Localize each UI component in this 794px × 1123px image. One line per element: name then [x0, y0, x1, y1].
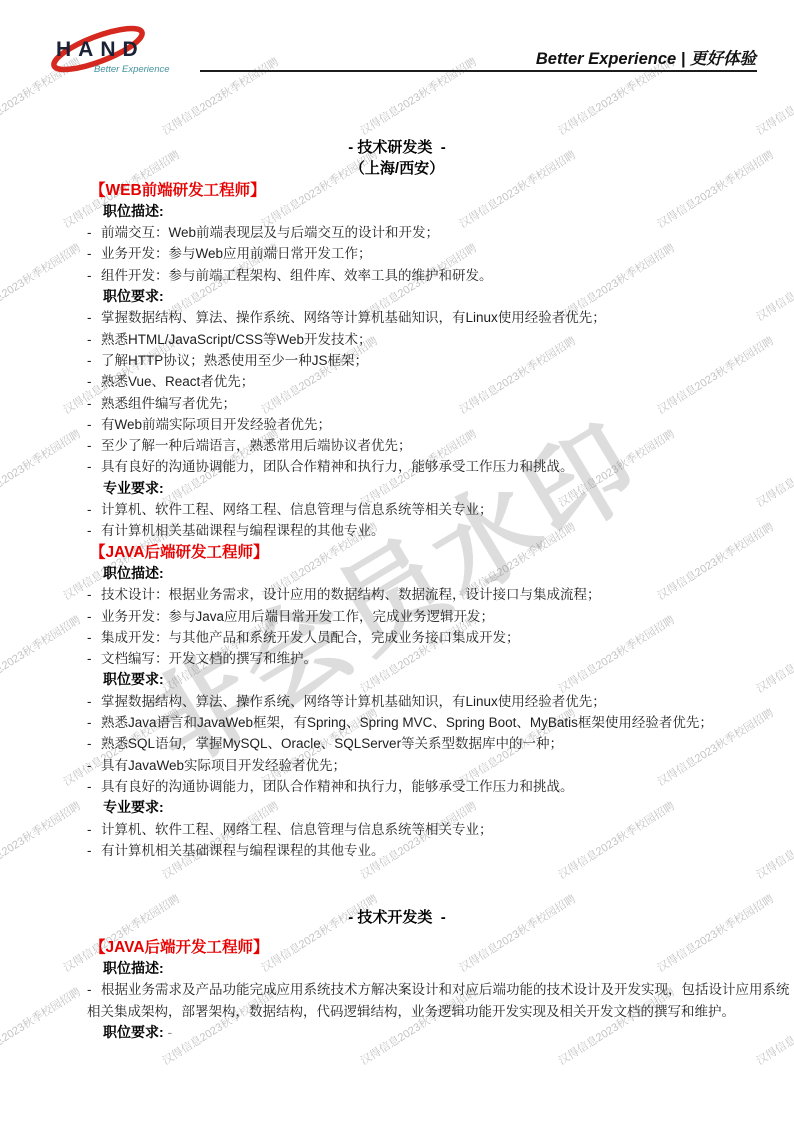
job-title: 【WEB前端研发工程师】 — [0, 180, 794, 201]
bullet-item: -集成开发：与其他产品和系统开发人员配合，完成业务接口集成开发； — [0, 627, 794, 648]
bullet-dash: - — [87, 755, 101, 776]
bullet-item: -熟悉HTML/JavaScript/CSS等Web开发技术； — [0, 329, 794, 350]
bullet-item: -熟悉Java语言和JavaWeb框架，有Spring、Spring MVC、S… — [0, 712, 794, 733]
bullet-item: -组件开发：参与前端工程架构、组件库、效率工具的维护和研发。 — [0, 265, 794, 286]
bullet-text: 业务开发：参与Java应用后端日常开发工作，完成业务逻辑开发； — [101, 609, 494, 624]
bullet-dash: - — [87, 733, 101, 754]
section-label: 专业要求: — [0, 797, 794, 818]
bullet-dash: - — [87, 456, 101, 477]
bullet-text: 熟悉Vue、React者优先； — [101, 374, 254, 389]
bullet-text: 根据业务需求及产品功能完成应用系统技术方解决案设计和对应后端功能的技术设计及开发… — [101, 982, 790, 997]
bullet-text: 前端交互：Web前端表现层及与后端交互的设计和开发； — [101, 225, 439, 240]
bullet-text: 业务开发：参与Web应用前端日常开发工作； — [101, 246, 372, 261]
bullet-item: -了解HTTP协议；熟悉使用至少一种JS框架； — [0, 350, 794, 371]
bullet-text: 集成开发：与其他产品和系统开发人员配合，完成业务接口集成开发； — [101, 630, 520, 645]
bullet-text: 组件开发：参与前端工程架构、组件库、效率工具的维护和研发。 — [101, 268, 493, 283]
bullet-item: -计算机、软件工程、网络工程、信息管理与信息系统等相关专业； — [0, 819, 794, 840]
bullet-text: 具有良好的沟通协调能力，团队合作精神和执行力，能够承受工作压力和挑战。 — [101, 459, 574, 474]
bullet-dash: - — [87, 371, 101, 392]
bullet-item: -熟悉Vue、React者优先； — [0, 371, 794, 392]
bullet-dash: - — [87, 840, 101, 861]
header-divider — [200, 70, 757, 72]
bullet-item: -掌握数据结构、算法、操作系统、网络等计算机基础知识，有Linux使用经验者优先… — [0, 691, 794, 712]
bullet-text: 熟悉HTML/JavaScript/CSS等Web开发技术； — [101, 332, 372, 347]
header-tagline: Better Experience | 更好体验 — [536, 45, 756, 69]
bullet-text: 计算机、软件工程、网络工程、信息管理与信息系统等相关专业； — [101, 502, 493, 517]
section-label: 职位描述: — [0, 958, 794, 979]
bullet-text: 熟悉Java语言和JavaWeb框架，有Spring、Spring MVC、Sp… — [101, 715, 713, 730]
bullet-item: -计算机、软件工程、网络工程、信息管理与信息系统等相关专业； — [0, 499, 794, 520]
bullet-item: -文档编写：开发文档的撰写和维护。 — [0, 648, 794, 669]
bullet-item: -具有良好的沟通协调能力，团队合作精神和执行力，能够承受工作压力和挑战。 — [0, 456, 794, 477]
bullet-dash: - — [87, 222, 101, 243]
watermark-text: 汉得信息2023秋季校园招聘 — [357, 54, 480, 139]
bullet-continuation: 相关集成架构，部署架构，数据结构，代码逻辑结构，业务逻辑功能开发实现及相关开发文… — [0, 1001, 794, 1022]
logo-letters: HAND — [56, 38, 145, 61]
bullet-dash: - — [87, 350, 101, 371]
section-label: 职位要求: — [0, 286, 794, 307]
bullet-dash: - — [87, 979, 101, 1000]
bullet-text: 掌握数据结构、算法、操作系统、网络等计算机基础知识，有Linux使用经验者优先； — [101, 310, 606, 325]
bullet-dash: - — [87, 435, 101, 456]
job-title: 【JAVA后端研发工程师】 — [0, 542, 794, 563]
job-title: 【JAVA后端开发工程师】 — [0, 937, 794, 958]
bullet-dash: - — [87, 329, 101, 350]
bullet-text: 技术设计：根据业务需求，设计应用的数据结构、数据流程，设计接口与集成流程； — [101, 587, 601, 602]
bullet-text: 至少了解一种后端语言，熟悉常用后端协议者优先； — [101, 438, 412, 453]
bullet-item: -掌握数据结构、算法、操作系统、网络等计算机基础知识，有Linux使用经验者优先… — [0, 307, 794, 328]
bullet-item: -根据业务需求及产品功能完成应用系统技术方解决案设计和对应后端功能的技术设计及开… — [0, 979, 794, 1000]
section-label: 专业要求: — [0, 478, 794, 499]
bullet-item: -业务开发：参与Web应用前端日常开发工作； — [0, 243, 794, 264]
section-label: 职位要求: — [0, 669, 794, 690]
placeholder-dash: - — [164, 1024, 173, 1040]
bullet-item: -有Web前端实际项目开发经验者优先； — [0, 414, 794, 435]
bullet-text: 计算机、软件工程、网络工程、信息管理与信息系统等相关专业； — [101, 822, 493, 837]
section-label: 职位描述: — [0, 563, 794, 584]
hand-logo: HAND Better Experience — [42, 24, 198, 78]
bullet-dash: - — [87, 243, 101, 264]
bullet-text: 有计算机相关基础课程与编程课程的其他专业。 — [101, 523, 385, 538]
section-label: 职位要求: - — [0, 1022, 794, 1043]
bullet-text: 有计算机相关基础课程与编程课程的其他专业。 — [101, 843, 385, 858]
logo-tagline: Better Experience — [94, 64, 170, 75]
bullet-dash: - — [87, 712, 101, 733]
bullet-dash: - — [87, 819, 101, 840]
bullet-item: -至少了解一种后端语言，熟悉常用后端协议者优先； — [0, 435, 794, 456]
bullet-dash: - — [87, 691, 101, 712]
bullet-dash: - — [87, 584, 101, 605]
bullet-dash: - — [87, 307, 101, 328]
section-label: 职位描述: — [0, 201, 794, 222]
bullet-dash: - — [87, 776, 101, 797]
bullet-item: -业务开发：参与Java应用后端日常开发工作，完成业务逻辑开发； — [0, 606, 794, 627]
bullet-text: 熟悉组件编写者优先； — [101, 396, 236, 411]
bullet-text: 掌握数据结构、算法、操作系统、网络等计算机基础知识，有Linux使用经验者优先； — [101, 694, 606, 709]
bullet-text: 具有JavaWeb实际项目开发经验者优先； — [101, 758, 346, 773]
job-listings-category-1: - 技术研发类 -（上海/西安）【WEB前端研发工程师】职位描述:-前端交互：W… — [0, 137, 794, 861]
category-title: - 技术研发类 - — [0, 137, 794, 158]
bullet-text: 了解HTTP协议；熟悉使用至少一种JS框架； — [101, 353, 368, 368]
bullet-dash: - — [87, 627, 101, 648]
category-title: - 技术开发类 - — [0, 907, 794, 928]
bullet-text: 文档编写：开发文档的撰写和维护。 — [101, 651, 317, 666]
bullet-dash: - — [87, 520, 101, 541]
bullet-item: -熟悉SQL语句，掌握MySQL、Oracle、SQLServer等关系型数据库… — [0, 733, 794, 754]
bullet-dash: - — [87, 393, 101, 414]
bullet-dash: - — [87, 414, 101, 435]
bullet-item: -有计算机相关基础课程与编程课程的其他专业。 — [0, 840, 794, 861]
bullet-text: 具有良好的沟通协调能力，团队合作精神和执行力，能够承受工作压力和挑战。 — [101, 779, 574, 794]
bullet-dash: - — [87, 499, 101, 520]
watermark-text: 汉得信息2023秋季校园招聘 — [753, 54, 794, 139]
bullet-item: -熟悉组件编写者优先； — [0, 393, 794, 414]
bullet-dash: - — [87, 648, 101, 669]
job-listings-category-2: - 技术开发类 -【JAVA后端开发工程师】职位描述:-根据业务需求及产品功能完… — [0, 907, 794, 1043]
bullet-item: -具有良好的沟通协调能力，团队合作精神和执行力，能够承受工作压力和挑战。 — [0, 776, 794, 797]
bullet-item: -技术设计：根据业务需求，设计应用的数据结构、数据流程，设计接口与集成流程； — [0, 584, 794, 605]
bullet-dash: - — [87, 265, 101, 286]
bullet-dash: - — [87, 606, 101, 627]
document-page: 非会员水印 汉得信息2023秋季校园招聘汉得信息2023秋季校园招聘汉得信息20… — [0, 0, 794, 1123]
bullet-text: 有Web前端实际项目开发经验者优先； — [101, 417, 331, 432]
bullet-item: -前端交互：Web前端表现层及与后端交互的设计和开发； — [0, 222, 794, 243]
category-subtitle: （上海/西安） — [0, 158, 794, 179]
bullet-text: 熟悉SQL语句，掌握MySQL、Oracle、SQLServer等关系型数据库中… — [101, 736, 563, 751]
bullet-item: -有计算机相关基础课程与编程课程的其他专业。 — [0, 520, 794, 541]
bullet-item: -具有JavaWeb实际项目开发经验者优先； — [0, 755, 794, 776]
